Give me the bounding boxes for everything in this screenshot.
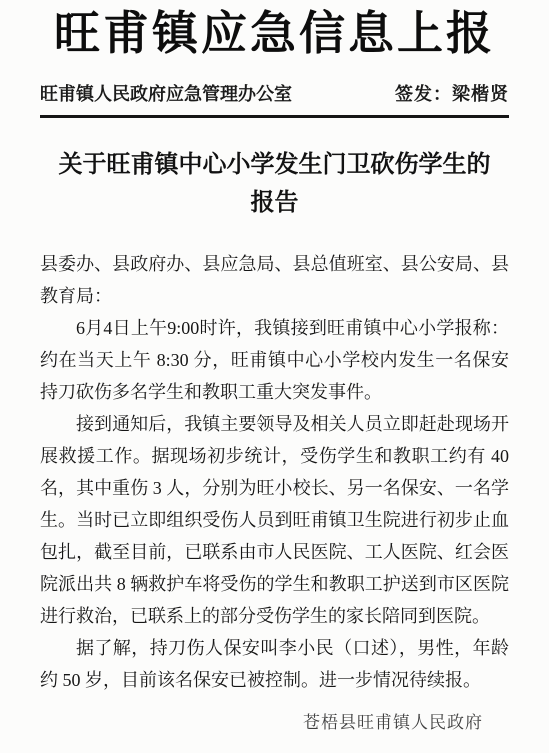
masthead-title: 旺甫镇应急信息上报 <box>40 4 509 62</box>
issuing-office: 旺甫镇人民政府应急管理办公室 <box>40 80 292 106</box>
recipients-line: 县委办、县政府办、县应急局、县总值班室、县公安局、县教育局： <box>40 248 509 312</box>
paragraph-rescue-response: 接到通知后，我镇主要领导及相关人员立即赶赴现场开展救援工作。据现场初步统计，受伤… <box>40 408 509 632</box>
subhead-row: 旺甫镇人民政府应急管理办公室 签发：梁楷贤 <box>40 80 509 106</box>
header-divider <box>40 115 509 118</box>
signature-issuer: 苍梧县旺甫镇人民政府 <box>40 708 509 733</box>
document-title-line-1: 关于旺甫镇中心小学发生门卫砍伤学生的 <box>40 146 509 184</box>
document-title-line-2: 报告 <box>40 184 509 222</box>
signer-name: 签发：梁楷贤 <box>395 80 509 106</box>
document-page: 旺甫镇应急信息上报 旺甫镇人民政府应急管理办公室 签发：梁楷贤 关于旺甫镇中心小… <box>0 0 549 753</box>
paragraph-incident-report: 6月4日上午9:00时许，我镇接到旺甫镇中心小学报称：约在当天上午 8:30 分… <box>40 312 509 408</box>
document-title: 关于旺甫镇中心小学发生门卫砍伤学生的 报告 <box>40 146 509 222</box>
paragraph-suspect-status: 据了解，持刀伤人保安叫李小民（口述），男性，年龄约 50 岁，目前该名保安已被控… <box>40 632 509 696</box>
